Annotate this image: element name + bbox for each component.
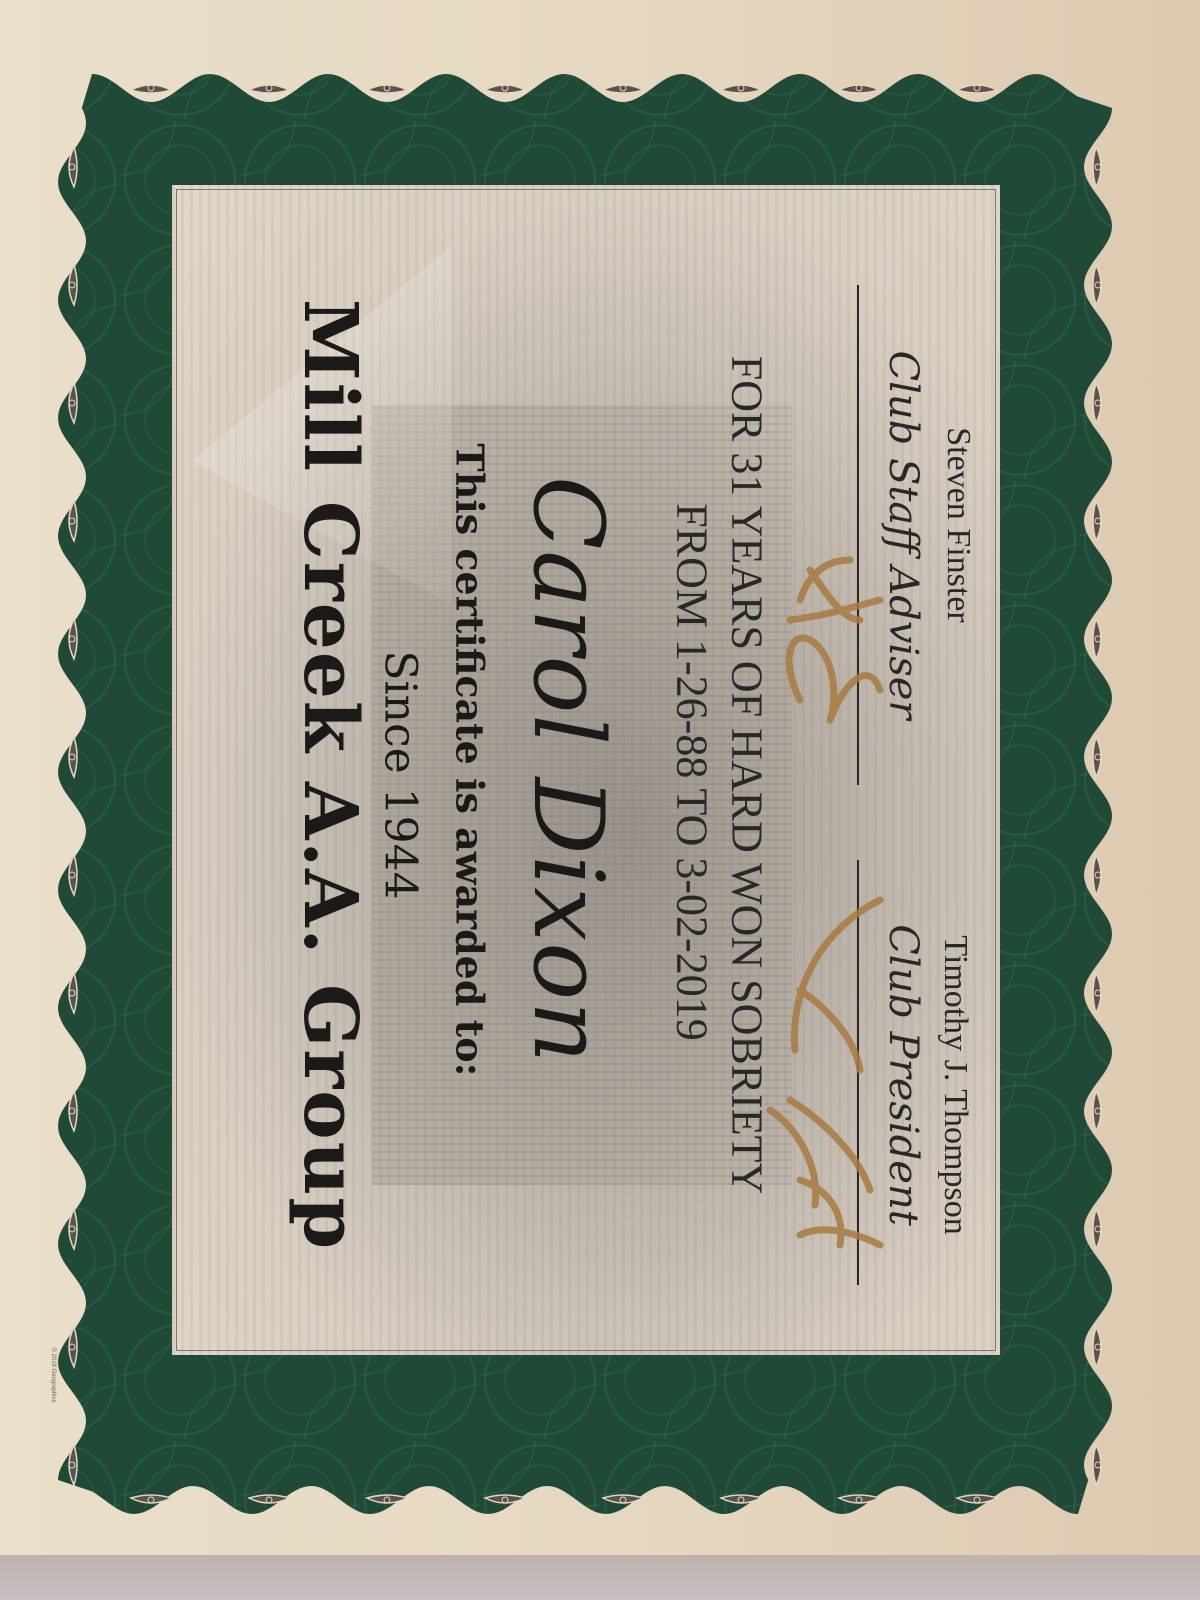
recipient-name: Carol Dixon <box>512 476 624 1064</box>
award-line: This certificate is awarded to: <box>448 443 493 1076</box>
adviser-name: Steven Finster <box>939 427 977 622</box>
achievement-line: FOR 31 YEARS OF HARD WON SOBRIETY <box>722 356 773 1195</box>
since-line: Since 1944 <box>375 650 426 899</box>
president-name: Timothy J. Thompson <box>936 935 974 1234</box>
organization-title: Mill Creek A.A. Group <box>287 299 373 1251</box>
president-role: Club President <box>880 924 926 1226</box>
adviser-signature-line <box>857 285 859 785</box>
copyright-fine-print: © 2018 Geographics <box>50 1347 56 1402</box>
president-signature-line <box>857 860 859 1285</box>
adviser-role: Club Staff Adviser <box>880 350 926 719</box>
date-range: FROM 1-26-88 TO 3-02-2019 <box>667 503 718 1040</box>
